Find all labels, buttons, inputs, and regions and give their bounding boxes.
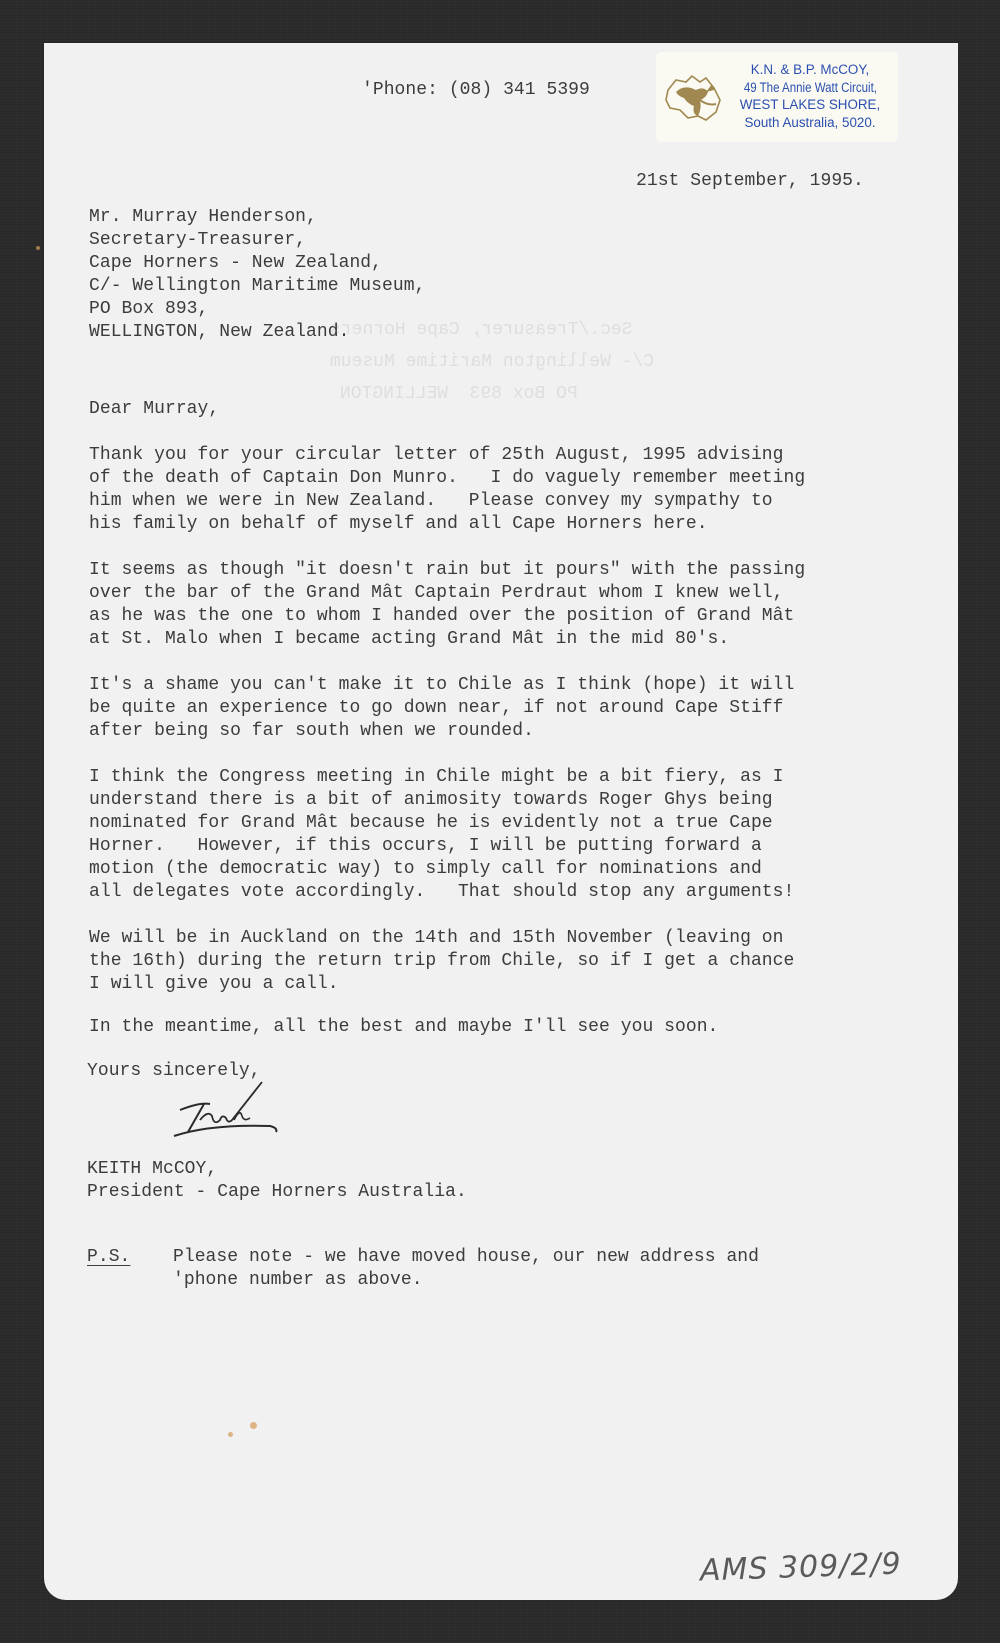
- show-through-text: Sec./Treasurer, Cape Horners: [330, 320, 632, 340]
- body-line: We will be in Auckland on the 14th and 1…: [89, 927, 784, 950]
- recipient-line: Cape Horners - New Zealand,: [89, 252, 382, 275]
- recipient-line: WELLINGTON, New Zealand.: [89, 321, 349, 344]
- label-line-state: South Australia, 5020.: [726, 114, 894, 132]
- body-line: be quite an experience to go down near, …: [89, 697, 784, 720]
- body-line: It seems as though "it doesn't rain but …: [89, 559, 805, 582]
- body-line: motion (the democratic way) to simply ca…: [89, 858, 762, 881]
- postscript-label: P.S.: [87, 1246, 130, 1269]
- handwritten-signature: [170, 1080, 290, 1140]
- recipient-line: PO Box 893,: [89, 298, 208, 321]
- body-line: It's a shame you can't make it to Chile …: [89, 674, 794, 697]
- recipient-line: Mr. Murray Henderson,: [89, 206, 317, 229]
- paper-stain: [228, 1432, 233, 1437]
- body-line: over the bar of the Grand Mât Captain Pe…: [89, 582, 784, 605]
- recipient-line: Secretary-Treasurer,: [89, 229, 306, 252]
- kangaroo-australia-map-icon: [662, 70, 724, 126]
- postscript-line: 'phone number as above.: [173, 1269, 423, 1292]
- paper-stain: [250, 1422, 257, 1429]
- body-line: the 16th) during the return trip from Ch…: [89, 950, 794, 973]
- archive-reference: AMS 309/2/9: [699, 1546, 902, 1588]
- body-line: after being so far south when we rounded…: [89, 720, 534, 743]
- body-line: of the death of Captain Don Munro. I do …: [89, 467, 805, 490]
- address-label: K.N. & B.P. McCOY, 49 The Annie Watt Cir…: [656, 52, 898, 142]
- body-line: Thank you for your circular letter of 25…: [89, 444, 784, 467]
- show-through-text: PO Box 893 WELLINGTON: [340, 384, 578, 404]
- body-line: I think the Congress meeting in Chile mi…: [89, 766, 784, 789]
- paper-stain: [36, 246, 40, 250]
- body-line: Horner. However, if this occurs, I will …: [89, 835, 762, 858]
- label-line-suburb: WEST LAKES SHORE,: [726, 96, 894, 114]
- phone-line: 'Phone: (08) 341 5399: [362, 79, 590, 102]
- body-line: understand there is a bit of animosity t…: [89, 789, 773, 812]
- label-line-name: K.N. & B.P. McCOY,: [726, 61, 894, 79]
- body-line: as he was the one to whom I handed over …: [89, 605, 794, 628]
- body-line: him when we were in New Zealand. Please …: [89, 490, 773, 513]
- recipient-line: C/- Wellington Maritime Museum,: [89, 275, 425, 298]
- label-line-street: 49 The Annie Watt Circuit,: [743, 79, 876, 97]
- body-line: his family on behalf of myself and all C…: [89, 513, 708, 536]
- show-through-text: C/- Wellington Maritime Museum: [330, 352, 654, 372]
- body-line: at St. Malo when I became acting Grand M…: [89, 628, 729, 651]
- body-line: nominated for Grand Mât because he is ev…: [89, 812, 773, 835]
- signer-title: President - Cape Horners Australia.: [87, 1181, 467, 1204]
- salutation: Dear Murray,: [89, 398, 219, 421]
- body-line: I will give you a call.: [89, 973, 339, 996]
- letter-date: 21st September, 1995.: [636, 170, 864, 193]
- body-line: In the meantime, all the best and maybe …: [89, 1016, 718, 1039]
- postscript-line: Please note - we have moved house, our n…: [173, 1246, 759, 1269]
- signer-name: KEITH McCOY,: [87, 1158, 217, 1181]
- body-line: all delegates vote accordingly. That sho…: [89, 881, 794, 904]
